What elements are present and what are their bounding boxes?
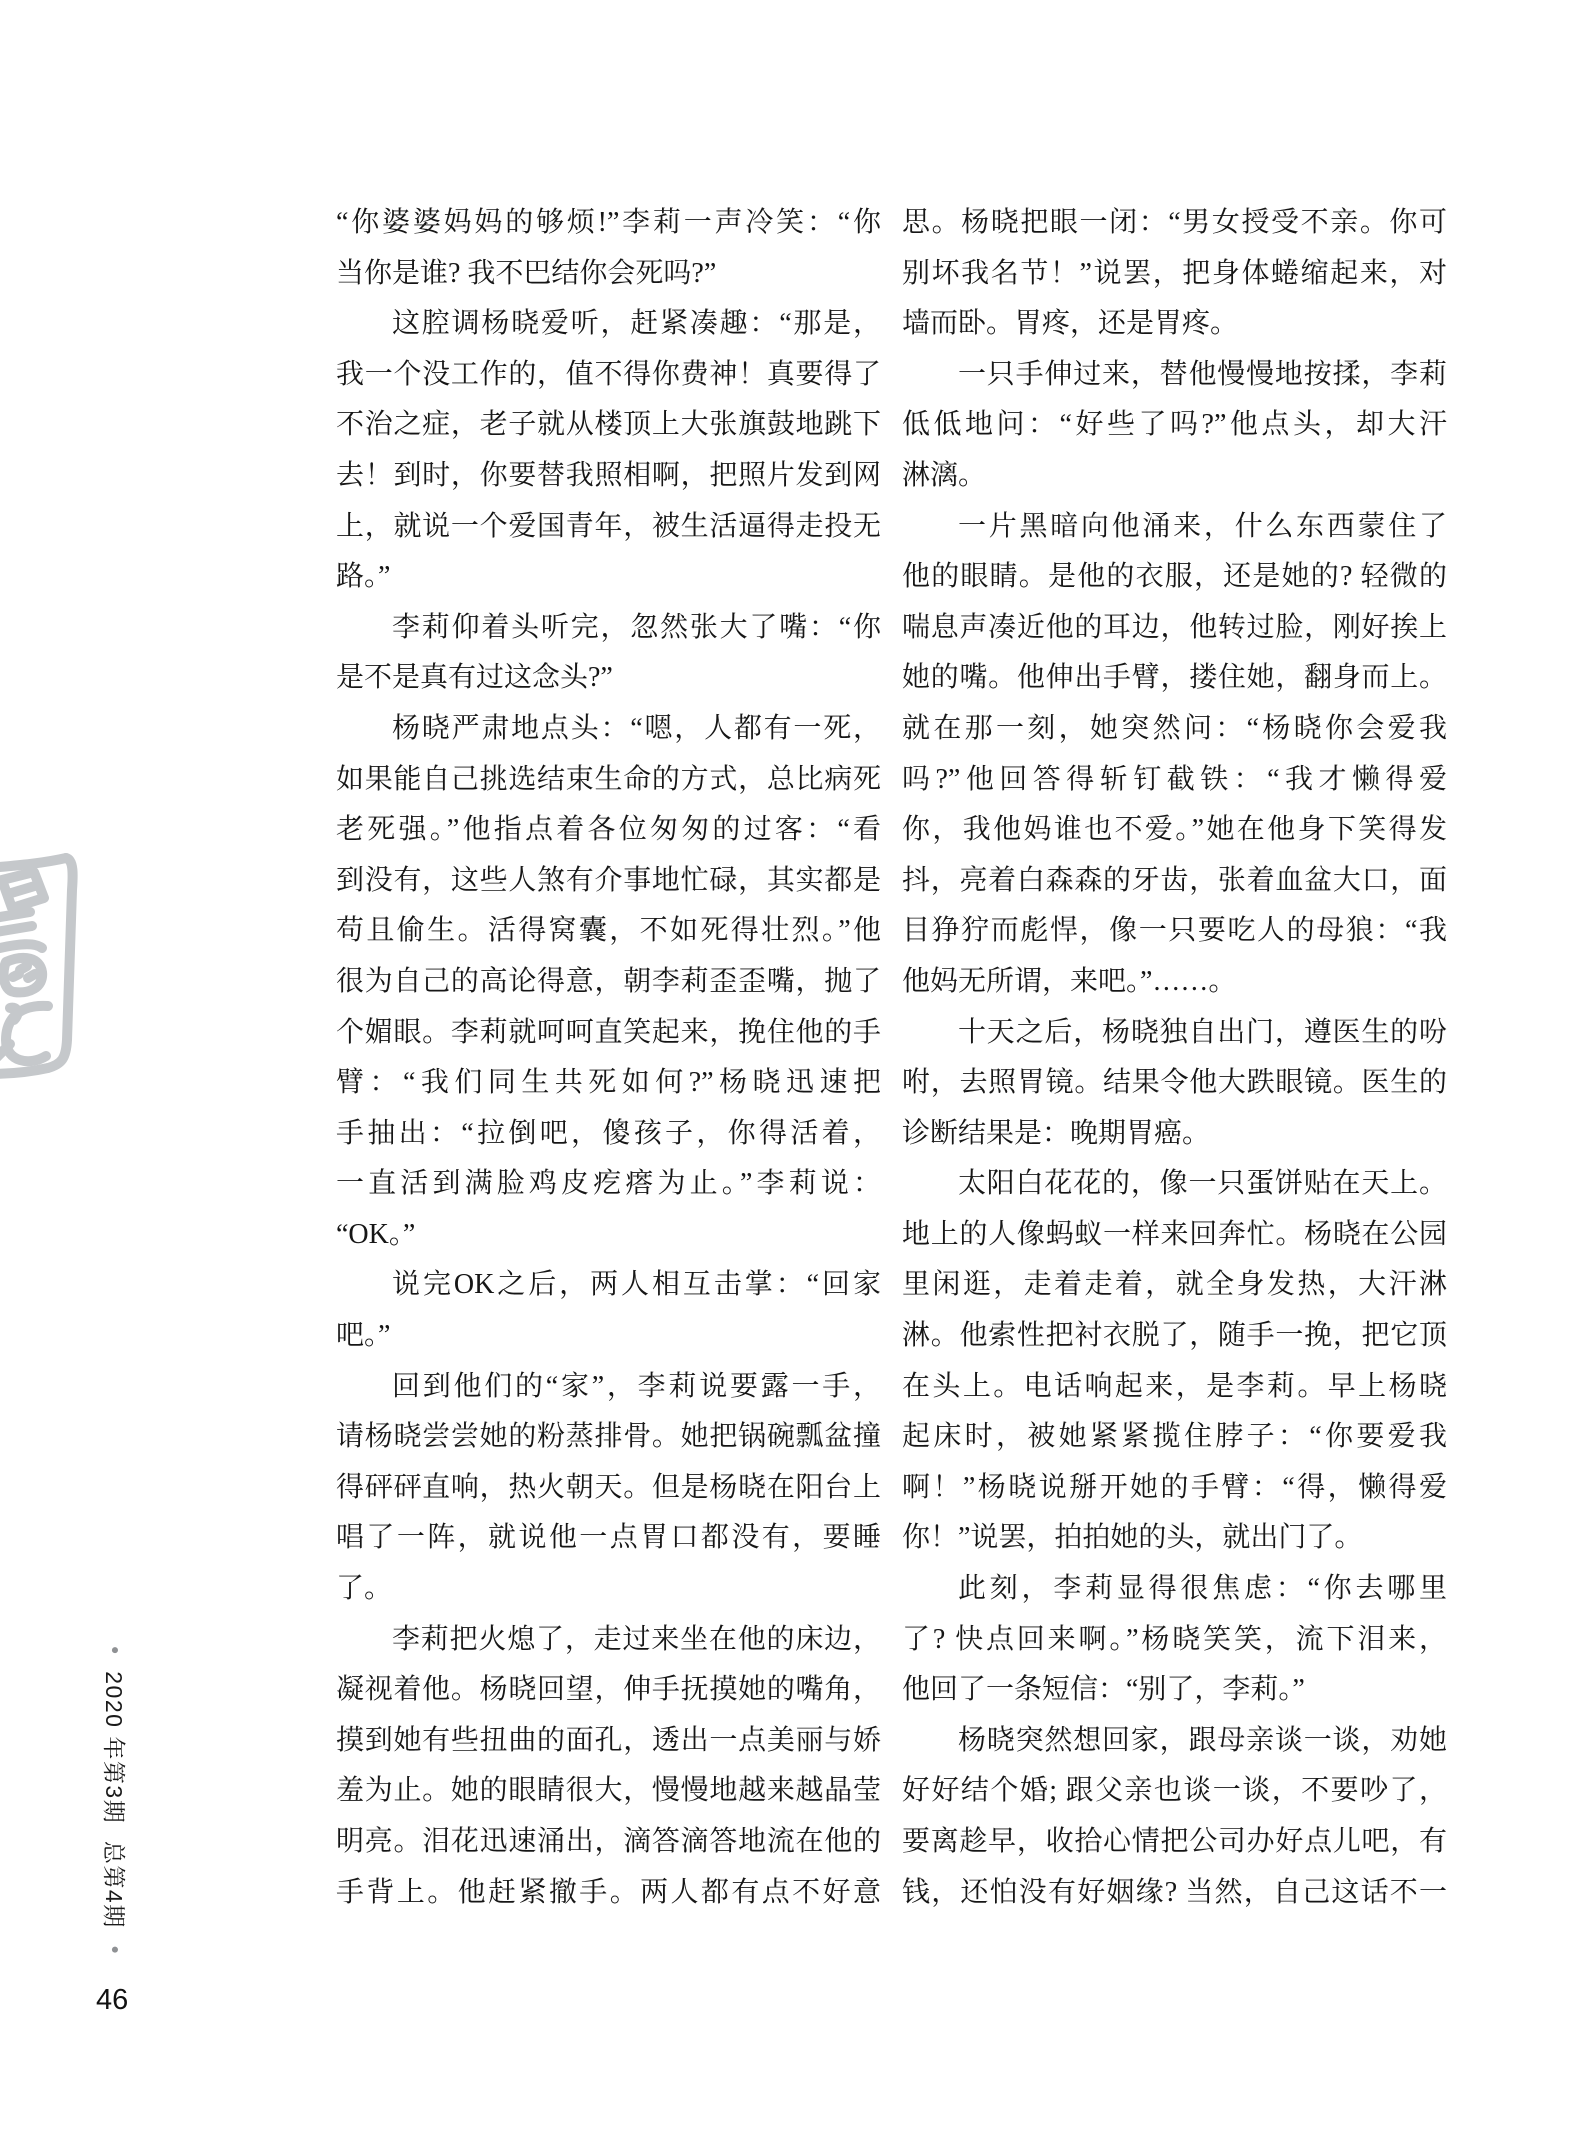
text-line: 当你是谁? 我不巴结你会死吗?” [336,249,881,300]
text-line: 里闲逛，走着走着，就全身发热，大汗淋 [902,1260,1447,1311]
issue-info-rotated-text: ● 2020 年第3期 总第4期 ● [96,1646,136,1954]
text-line: 她的嘴。他伸出手臂，搂住她，翻身而上。 [902,653,1447,704]
text-line: 了。 [336,1564,881,1615]
text-line: 十天之后，杨晓独自出门，遵医生的吩 [902,1008,1447,1059]
text-column-right: 思。杨晓把眼一闭：“男女授受不亲。你可别坏我名节！”说罢，把身体蜷缩起来，对墙而… [902,198,1447,1918]
text-line: 太阳白花花的，像一只蛋饼贴在天上。 [902,1159,1447,1210]
text-line: 在头上。电话响起来，是李莉。早上杨晓 [902,1362,1447,1413]
text-line: 李莉仰着头听完，忽然张大了嘴：“你 [336,603,881,654]
text-line: 诊断结果是：晚期胃癌。 [902,1109,1447,1160]
text-line: 不治之症，老子就从楼顶上大张旗鼓地跳下 [336,400,881,451]
text-line: 苟且偷生。活得窝囊，不如死得壮烈。”他 [336,906,881,957]
text-line: 抖，亮着白森森的牙齿，张着血盆大口，面 [902,856,1447,907]
bullet-icon: ● [108,1946,124,1954]
text-line: 你！”说罢，拍拍她的头，就出门了。 [902,1513,1447,1564]
text-line: 羞为止。她的眼睛很大，慢慢地越来越晶莹 [336,1766,881,1817]
page-number: 46 [96,1984,128,2017]
text-line: 你，我他妈谁也不爱。”她在他身下笑得发 [902,805,1447,856]
text-line: 一直活到满脸鸡皮疙瘩为止。”李莉说： [336,1159,881,1210]
text-line: 啊！”杨晓说掰开她的手臂：“得，懒得爱 [902,1463,1447,1514]
text-line: “OK。” [336,1210,881,1261]
text-line: 路。” [336,552,881,603]
text-line: 臂：“我们同生共死如何?”杨晓迅速把 [336,1058,881,1109]
text-line: 得砰砰直响，热火朝天。但是杨晓在阳台上 [336,1463,881,1514]
text-line: 吧。” [336,1311,881,1362]
text-line: 回到他们的“家”，李莉说要露一手， [336,1362,881,1413]
text-line: 我一个没工作的，值不得你费神！真要得了 [336,350,881,401]
text-line: 如果能自己挑选结束生命的方式，总比病死 [336,755,881,806]
issue-info-vertical: ● 2020 年第3期 总第4期 ● [96,1646,136,1954]
text-line: 此刻，李莉显得很焦虑：“你去哪里 [902,1564,1447,1615]
text-line: 老死强。”他指点着各位匆匆的过客：“看 [336,805,881,856]
text-line: 摸到她有些扭曲的面孔，透出一点美丽与娇 [336,1716,881,1767]
text-line: “你婆婆妈妈的够烦!”李莉一声冷笑：“你 [336,198,881,249]
text-line: 这腔调杨晓爱听，赶紧凑趣：“那是， [336,299,881,350]
text-line: 凝视着他。杨晓回望，伸手抚摸她的嘴角， [336,1665,881,1716]
text-line: 地上的人像蚂蚁一样来回奔忙。杨晓在公园 [902,1210,1447,1261]
text-column-left: “你婆婆妈妈的够烦!”李莉一声冷笑：“你当你是谁? 我不巴结你会死吗?”这腔调杨… [336,198,881,1918]
text-line: 起床时，被她紧紧揽住脖子：“你要爱我 [902,1412,1447,1463]
text-line: 咐，去照胃镜。结果令他大跌眼镜。医生的 [902,1058,1447,1109]
text-line: 手背上。他赶紧撤手。两人都有点不好意 [336,1868,881,1919]
text-line: 了? 快点回来啊。”杨晓笑笑，流下泪来， [902,1615,1447,1666]
text-line: 他回了一条短信：“别了，李莉。” [902,1665,1447,1716]
text-line: 淋漓。 [902,451,1447,502]
text-line: 别坏我名节！”说罢，把身体蜷缩起来，对 [902,249,1447,300]
text-line: 一只手伸过来，替他慢慢地按揉，李莉 [902,350,1447,401]
text-line: 个媚眼。李莉就呵呵直笑起来，挽住他的手 [336,1008,881,1059]
text-line: 低低地问：“好些了吗?”他点头，却大汗 [902,400,1447,451]
text-line: 钱，还怕没有好姻缘? 当然，自己这话不一 [902,1868,1447,1919]
text-line: 好好结个婚; 跟父亲也谈一谈，不要吵了， [902,1766,1447,1817]
text-line: 淋。他索性把衬衣脱了，随手一挽，把它顶 [902,1311,1447,1362]
text-line: 到没有，这些人煞有介事地忙碌，其实都是 [336,856,881,907]
text-line: 吗?”他回答得斩钉截铁：“我才懒得爱 [902,755,1447,806]
text-line: 去！到时，你要替我照相啊，把照片发到网 [336,451,881,502]
text-line: 是不是真有过这念头?” [336,653,881,704]
text-line: 他妈无所谓，来吧。”……。 [902,957,1447,1008]
text-line: 就在那一刻，她突然问：“杨晓你会爱我 [902,704,1447,755]
seal-stamp-icon [0,850,86,1086]
magazine-page: ● 2020 年第3期 总第4期 ● 46 “你婆婆妈妈的够烦!”李莉一声冷笑：… [0,0,1588,2154]
text-line: 喘息声凑近他的耳边，他转过脸，刚好挨上 [902,603,1447,654]
text-line: 目狰狞而彪悍，像一只要吃人的母狼：“我 [902,906,1447,957]
text-line: 手抽出：“拉倒吧，傻孩子，你得活着， [336,1109,881,1160]
text-line: 李莉把火熄了，走过来坐在他的床边， [336,1615,881,1666]
text-line: 杨晓突然想回家，跟母亲谈一谈，劝她 [902,1716,1447,1767]
text-line: 要离趁早，收拾心情把公司办好点儿吧，有 [902,1817,1447,1868]
text-line: 思。杨晓把眼一闭：“男女授受不亲。你可 [902,198,1447,249]
text-line: 很为自己的高论得意，朝李莉歪歪嘴，抛了 [336,957,881,1008]
text-line: 墙而卧。胃疼，还是胃疼。 [902,299,1447,350]
text-line: 说完OK之后，两人相互击掌：“回家 [336,1260,881,1311]
text-line: 明亮。泪花迅速涌出，滴答滴答地流在他的 [336,1817,881,1868]
issue-year-label: 2020 年第3期 [100,1671,133,1824]
text-line: 请杨晓尝尝她的粉蒸排骨。她把锅碗瓢盆撞 [336,1412,881,1463]
text-line: 杨晓严肃地点头：“嗯，人都有一死， [336,704,881,755]
text-line: 上，就说一个爱国青年，被生活逼得走投无 [336,502,881,553]
bullet-icon: ● [108,1646,124,1654]
text-line: 唱了一阵，就说他一点胃口都没有，要睡 [336,1513,881,1564]
text-line: 一片黑暗向他涌来，什么东西蒙住了 [902,502,1447,553]
text-line: 他的眼睛。是他的衣服，还是她的? 轻微的 [902,552,1447,603]
issue-total-label: 总第4期 [100,1841,133,1929]
